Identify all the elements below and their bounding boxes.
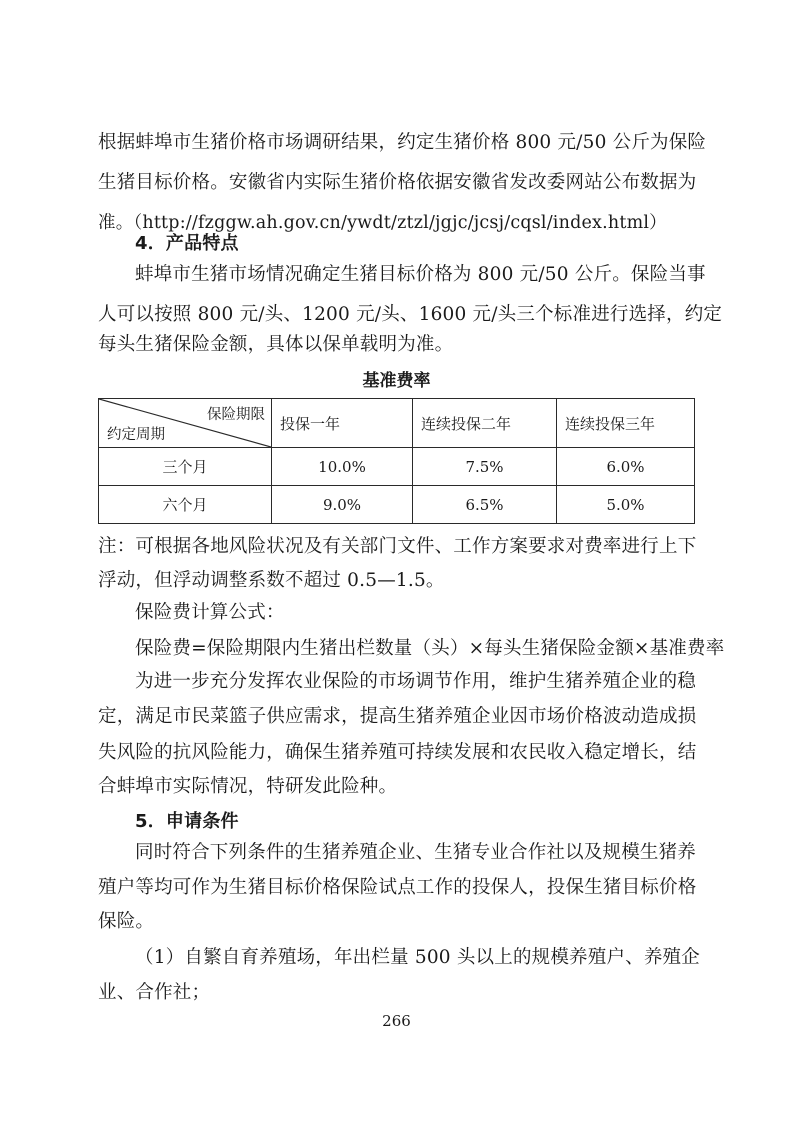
formula: 保险费=保险期限内生猪出栏数量（头）×每头生猪保险金额×基准费率 <box>135 637 735 661</box>
paragraph-line: 人可以按照 800 元/头、1200 元/头、1600 元/头三个标准进行选择，… <box>98 303 698 327</box>
table-cell: 5.0% <box>557 486 695 524</box>
table-cell: 7.5% <box>413 448 557 486</box>
page-number: 266 <box>0 1012 793 1030</box>
table-header-row: 保险期限 约定周期 投保一年 连续投保二年 连续投保三年 <box>99 399 695 448</box>
paragraph-line: 为进一步充分发挥农业保险的市场调节作用，维护生猪养殖企业的稳 <box>135 670 735 694</box>
table-cell: 10.0% <box>272 448 413 486</box>
paragraph-line: 每头生猪保险金额，具体以保单载明为准。 <box>98 333 698 357</box>
table-row: 六个月 9.0% 6.5% 5.0% <box>99 486 695 524</box>
paragraph-line: 生猪目标价格。安徽省内实际生猪价格依据安徽省发改委网站公布数据为 <box>98 171 698 195</box>
section-heading-4: 4．产品特点 <box>135 232 735 256</box>
table-corner-cell: 保险期限 约定周期 <box>99 399 272 448</box>
table-cell: 9.0% <box>272 486 413 524</box>
table-row: 三个月 10.0% 7.5% 6.0% <box>99 448 695 486</box>
formula-label: 保险费计算公式： <box>135 601 735 625</box>
note-line: 浮动，但浮动调整系数不超过 0.5—1.5。 <box>98 569 698 593</box>
document-page: 根据蚌埠市生猪价格市场调研结果，约定生猪价格 800 元/50 公斤为保险 生猪… <box>0 0 793 1122</box>
column-header: 投保一年 <box>272 399 413 448</box>
row-label: 三个月 <box>99 448 272 486</box>
corner-label-cycle: 约定周期 <box>107 423 165 444</box>
table-cell: 6.5% <box>413 486 557 524</box>
column-header: 连续投保三年 <box>557 399 695 448</box>
paragraph-line: 同时符合下列条件的生猪养殖企业、生猪专业合作社以及规模生猪养 <box>135 841 735 865</box>
paragraph-line: 殖户等均可作为生猪目标价格保险试点工作的投保人，投保生猪目标价格 <box>98 876 698 900</box>
paragraph-line: 定，满足市民菜篮子供应需求，提高生猪养殖企业因市场价格波动造成损 <box>98 705 698 729</box>
paragraph-line: 保险。 <box>98 910 698 934</box>
row-label: 六个月 <box>99 486 272 524</box>
corner-label-period: 保险期限 <box>207 403 265 424</box>
paragraph-line: 业、合作社； <box>98 981 698 1005</box>
section-heading-5: 5．申请条件 <box>135 810 735 834</box>
paragraph-line: 蚌埠市生猪市场情况确定生猪目标价格为 800 元/50 公斤。保险当事 <box>135 263 735 287</box>
paragraph-line: （1）自繁自育养殖场，年出栏量 500 头以上的规模养殖户、养殖企 <box>135 946 735 970</box>
note-line: 注：可根据各地风险状况及有关部门文件、工作方案要求对费率进行上下 <box>98 535 698 559</box>
column-header: 连续投保二年 <box>413 399 557 448</box>
table-caption: 基准费率 <box>0 366 793 391</box>
paragraph-line: 根据蚌埠市生猪价格市场调研结果，约定生猪价格 800 元/50 公斤为保险 <box>98 131 698 155</box>
table-cell: 6.0% <box>557 448 695 486</box>
paragraph-line: 失风险的抗风险能力，确保生猪养殖可持续发展和农民收入稳定增长，结 <box>98 741 698 765</box>
rate-table: 保险期限 约定周期 投保一年 连续投保二年 连续投保三年 三个月 10.0% 7… <box>98 398 695 524</box>
paragraph-line: 合蚌埠市实际情况，特研发此险种。 <box>98 775 698 799</box>
